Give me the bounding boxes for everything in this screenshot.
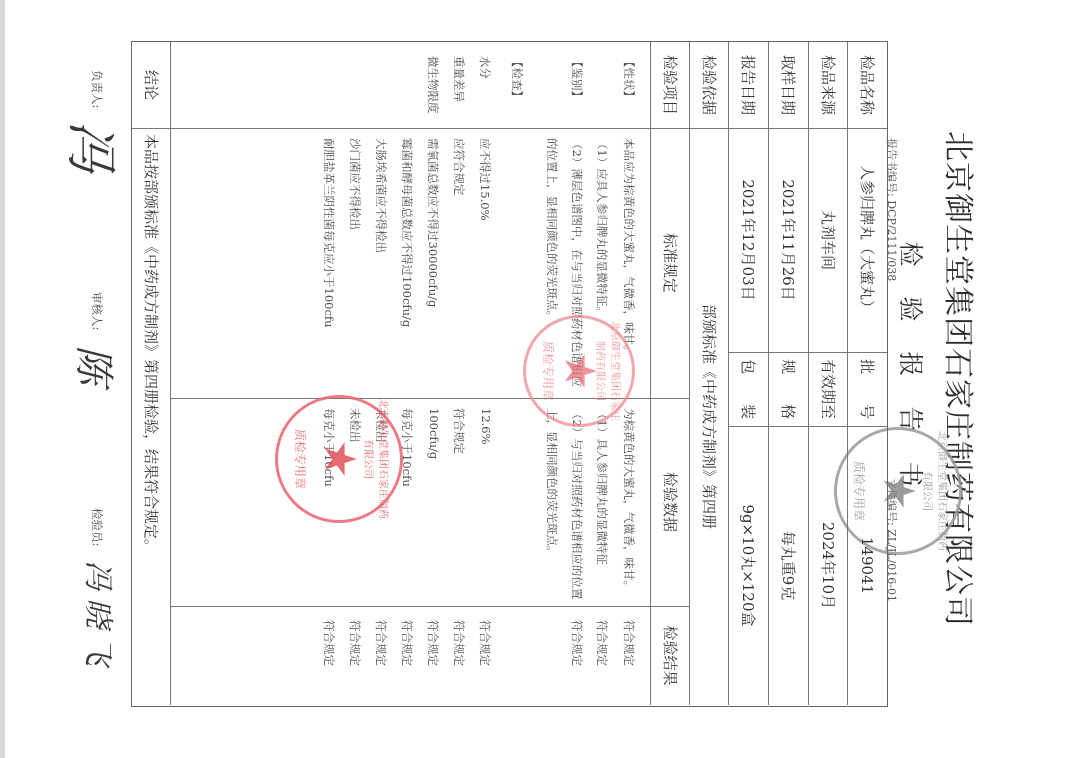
batch-value: 149041 <box>848 426 887 705</box>
test-data-cell: （1）具人参归脾丸的显微特征 <box>594 408 610 565</box>
source-label: 检品来源 <box>809 42 848 128</box>
report-date-value: 2021年12月03日 <box>729 128 769 352</box>
test-result-cell: 符合规定 <box>569 620 585 666</box>
batch-label: 批 号 <box>848 352 887 426</box>
document-type-title: 检验报告书 <box>894 0 930 758</box>
test-data-cell: 上，显相同颜色的荧光斑点。 <box>544 408 560 558</box>
test-result-cell: 符合规定 <box>399 620 415 666</box>
test-standard-cell: （1）应具人参归脾丸的显微特征。 <box>594 138 610 318</box>
test-standard-cell: （2）薄层色谱图中，在与当归对照药材色谱相应 <box>569 138 585 387</box>
test-data-cell: 100cfu/g <box>427 408 441 459</box>
conclusion-label: 结论 <box>132 42 171 128</box>
test-standard-cell: 需氧菌总数应不得过30000cfu/g <box>425 138 441 307</box>
test-result-cell: 符合规定 <box>321 620 337 666</box>
test-result-cell: 符合规定 <box>451 620 467 666</box>
test-data-cell: 未检出 <box>373 408 389 443</box>
column-header-result: 检验结果 <box>651 606 690 705</box>
inspection-table: 检品名称 人参归脾丸（大蜜丸） 批 号 149041 检品来源 丸剂车间 有效期… <box>131 41 888 707</box>
test-data-cell: 12.6% <box>479 408 493 445</box>
test-result-cell: 符合规定 <box>477 620 493 666</box>
source-value: 丸剂车间 <box>809 128 848 352</box>
responsible-signature: 冯 <box>58 120 133 172</box>
test-data-cell: 每克小于10cfu <box>321 408 337 487</box>
page-edge <box>0 0 5 758</box>
test-result-cell: 符合规定 <box>594 620 610 666</box>
test-item-cell: 微生物限度 <box>425 56 441 114</box>
package-value: 9g×10丸×120盒 <box>729 426 769 705</box>
conclusion-text: 本品按部颁标准《中药成方制剂》第四册检验，结果符合规定。 <box>132 128 171 711</box>
test-item-cell: 【性状】 <box>621 56 637 102</box>
reviewer-signature: 陈 <box>68 345 125 385</box>
test-data-cell: 为棕黄色的大蜜丸，气微香，味甘。 <box>621 408 637 592</box>
test-standard-cell: 本品应为棕黄色的大蜜丸，气微香，味甘。 <box>621 138 637 357</box>
test-result-cell: 符合规定 <box>425 620 441 666</box>
expiry-value: 2024年10月 <box>809 426 848 705</box>
spec-value: 每丸重9克 <box>769 426 809 705</box>
basis-value: 部颁标准《中药成方制剂》第四册 <box>690 128 729 705</box>
test-data-cell: 未检出 <box>347 408 363 443</box>
company-title: 北京御生堂集团石家庄制药有限公司 <box>939 0 983 758</box>
test-result-cell: 符合规定 <box>347 620 363 666</box>
column-header-item: 检验项目 <box>651 42 690 128</box>
test-item-cell: 水分 <box>477 56 493 79</box>
test-result-cell: 符合规定 <box>621 620 637 666</box>
inspector-signature: 冯晓飞 <box>79 560 123 674</box>
test-item-cell: 重量差异 <box>451 56 467 102</box>
test-standard-cell: 耐胆盐革兰阴性菌每克应小于100cfu <box>321 138 337 328</box>
column-header-data: 检验数据 <box>651 398 690 606</box>
package-label: 包 装 <box>729 352 769 426</box>
responsible-label: 负责人: <box>89 70 105 108</box>
test-standard-cell: 沙门菌应不得检出 <box>347 138 363 230</box>
test-standard-cell: 应不得过15.0% <box>477 138 493 221</box>
inspection-report-sheet: 北京御生堂集团石家庄制药有限公司 检验报告书 报告书编号: DCP/2111/0… <box>0 0 1073 758</box>
test-result-cell: 符合规定 <box>373 620 389 666</box>
column-header-standard: 标准规定 <box>651 128 690 398</box>
inspector-label: 检验员: <box>89 508 105 546</box>
sampling-date-label: 取样日期 <box>769 42 809 128</box>
report-date-label: 报告日期 <box>729 42 769 128</box>
expiry-label: 有效期至 <box>809 352 848 426</box>
test-standard-cell: 大肠埃希菌应不得检出 <box>373 138 389 253</box>
basis-label: 检验依据 <box>690 42 729 128</box>
sampling-date-value: 2021年11月26日 <box>769 128 809 352</box>
reviewer-label: 审核人: <box>89 292 105 330</box>
test-standard-cell: 霉菌和酵母菌总数应不得过100cfu/g <box>399 138 415 327</box>
test-data-cell: 每克小于10cfu <box>399 408 415 487</box>
test-data-cell: 符合规定 <box>451 408 467 454</box>
test-standard-cell: 应符合规定 <box>451 138 467 196</box>
test-standard-cell: 的位置上，显相同颜色的荧光斑点。 <box>544 138 560 322</box>
test-item-cell: 【检查】 <box>509 56 525 102</box>
product-name-label: 检品名称 <box>848 42 887 128</box>
test-item-cell: 【鉴别】 <box>569 56 585 102</box>
test-data-cell: （2）与当归对照药材色谱相应的位置 <box>569 408 585 599</box>
product-name-value: 人参归脾丸（大蜜丸） <box>848 128 887 352</box>
spec-label: 规 格 <box>769 352 809 426</box>
